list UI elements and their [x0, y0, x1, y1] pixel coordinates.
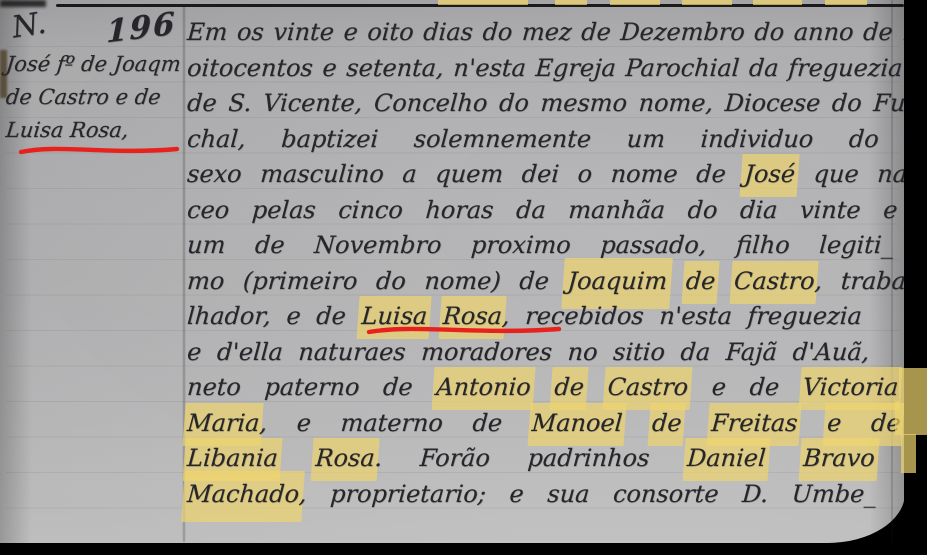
handwritten-line: ceo pelas cinco horas da manhãa do dia v… [186, 194, 899, 227]
highlight-mark: José [740, 154, 800, 197]
handwritten-line: de S. Vicente, Concelho do mesmo nome, D… [186, 87, 927, 120]
margin-name-line: Luisa Rosa, [5, 118, 130, 142]
highlight-mark: Bravo [799, 438, 879, 481]
text-segment: . Forão padrinhos [374, 444, 688, 472]
text-segment: e d'ella naturaes moradores no sitio da … [186, 338, 870, 366]
text-segment: sexo masculino a quem dei o nome de [186, 160, 745, 188]
text-segment: e de [687, 373, 804, 401]
highlight-mark: Manoel [527, 403, 627, 446]
handwritten-line: sexo masculino a quem dei o nome de José… [186, 158, 927, 191]
handwritten-line: neto paterno de Antonio de Castro e de V… [186, 371, 900, 404]
scanned-register-document: N. 196 José fº de Joaqmde Castro e deLui… [0, 0, 927, 555]
highlight-mark: Antonio [432, 367, 535, 410]
red-underline [366, 322, 564, 338]
highlight-mark: Daniel [683, 438, 771, 481]
handwritten-line: chal, baptizei solemnemente um individuo… [186, 123, 880, 156]
record-number: 196 [106, 6, 177, 51]
text-segment: , e materno de [259, 409, 533, 437]
highlight-strip [438, 0, 528, 5]
highlight-mark: Rosa [311, 438, 379, 481]
highlight-strip [610, 0, 660, 5]
handwritten-line: Em os vinte e oito dias do mez de Dezemb… [186, 16, 927, 49]
handwritten-line: oitocentos e setenta, n'esta Egreja Paro… [186, 52, 904, 85]
red-underline [18, 140, 182, 158]
highlight-strip [825, 0, 867, 5]
highlight-edge-patch [899, 368, 927, 401]
record-number-label: N. [9, 6, 48, 46]
highlight-strip [753, 0, 802, 5]
text-segment: Em os vinte e oito dias do mez de Dezemb… [186, 18, 927, 46]
handwritten-line: um de Novembro proximo passado, filho le… [186, 229, 895, 262]
handwritten-line: Maria, e materno de Manoel de Freitas e … [186, 407, 902, 440]
text-segment: oitocentos e setenta, n'esta Egreja Paro… [186, 54, 903, 82]
handwritten-line: e d'ella naturaes moradores no sitio da … [186, 336, 870, 369]
highlight-edge-patch [901, 434, 916, 473]
text-segment: neto paterno de [186, 373, 437, 401]
text-segment: lhador, e de [186, 302, 362, 330]
page-paper: N. 196 José fº de Joaqmde Castro e deLui… [0, 0, 905, 543]
highlight-mark: Castro [729, 261, 819, 304]
text-segment: , proprietario; e sua consorte D. Umbe_ [298, 480, 877, 508]
highlight-strip [682, 0, 732, 5]
highlight-edge-patch [895, 401, 927, 435]
text-segment: chal, baptizei solemnemente um individuo… [186, 125, 880, 153]
handwritten-line: mo (primeiro do nome) de Joaquim de Cast… [186, 265, 919, 298]
text-segment: ceo pelas cinco horas da manhãa do dia v… [186, 196, 898, 224]
text-segment: um de Novembro proximo passado, filho le… [186, 231, 894, 259]
margin-name-line: de Castro e de [5, 85, 162, 109]
text-segment: mo (primeiro do nome) de [186, 267, 568, 295]
highlight-mark: Machado [181, 471, 304, 522]
text-segment [765, 444, 805, 472]
handwritten-line: Machado, proprietario; e sua consorte D.… [186, 478, 878, 511]
text-segment: de S. Vicente, Concelho do mesmo nome, D… [186, 89, 927, 117]
margin-name-line: José fº de Joaqm [5, 52, 182, 76]
highlight-strip [555, 0, 587, 5]
